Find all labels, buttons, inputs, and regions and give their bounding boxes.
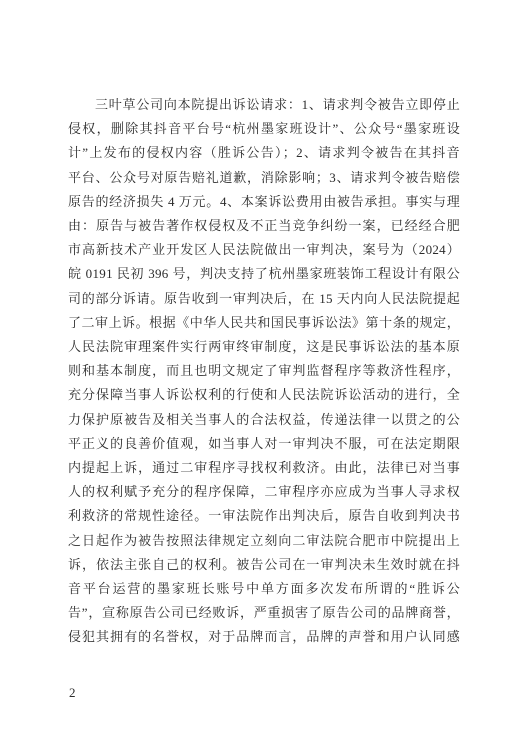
text-line: 侵权，删除其抖音平台号“杭州墨家班设计”、公众号“墨家班设 [68, 117, 460, 141]
text-line: 内提起上诉，通过二审程序寻找权利救济。由此，法律已对当事 [68, 456, 460, 480]
text-line: 三叶草公司向本院提出诉讼请求：1、请求判令被告立即停止 [68, 93, 460, 117]
text-line: 利救济的常规性途径。一审法院作出判决后，原告自收到判决书 [68, 504, 460, 528]
text-line: 平正义的良善价值观，如当事人对一审判决不服，可在法定期限 [68, 432, 460, 456]
text-line: 音平台运营的墨家班长账号中单方面多次发布所谓的“胜诉公 [68, 577, 460, 601]
body-text: 三叶草公司向本院提出诉讼请求：1、请求判令被告立即停止 侵权，删除其抖音平台号“… [68, 93, 460, 650]
page-number: 2 [69, 684, 76, 702]
document-page: 三叶草公司向本院提出诉讼请求：1、请求判令被告立即停止 侵权，删除其抖音平台号“… [0, 0, 527, 747]
text-line: 人民法院审理案件实行两审终审制度，这是民事诉讼法的基本原 [68, 335, 460, 359]
text-line: 了二审上诉。根据《中华人民共和国民事诉讼法》第十条的规定， [68, 311, 460, 335]
text-line: 市高新技术产业开发区人民法院做出一审判决，案号为（2024） [68, 238, 460, 262]
text-line: 则和基本制度，而且也明文规定了审判监督程序等救济性程序， [68, 359, 460, 383]
text-line: 诉，依法主张自己的权利。被告公司在一审判决未生效时就在抖 [68, 553, 460, 577]
text-line: 力保护原被告及相关当事人的合法权益，传递法律一以贯之的公 [68, 408, 460, 432]
text-line: 告”，宣称原告公司已经败诉，严重损害了原告公司的品牌商誉， [68, 601, 460, 625]
text-line: 原告的经济损失 4 万元。4、本案诉讼费用由被告承担。事实与理 [68, 190, 460, 214]
text-line: 平台、公众号对原告赔礼道歉，消除影响；3、请求判令被告赔偿 [68, 166, 460, 190]
text-line: 计”上发布的侵权内容（胜诉公告）；2、请求判令被告在其抖音 [68, 141, 460, 165]
text-line: 由：原告与被告著作权侵权及不正当竞争纠纷一案，已经经合肥 [68, 214, 460, 238]
text-line: 人的权利赋予充分的程序保障，二审程序亦应成为当事人寻求权 [68, 480, 460, 504]
text-line: 皖 0191 民初 396 号，判决支持了杭州墨家班装饰工程设计有限公 [68, 262, 460, 286]
text-line: 之日起作为被告按照法律规定立刻向二审法院合肥市中院提出上 [68, 529, 460, 553]
text-line: 司的部分诉请。原告收到一审判决后，在 15 天内向人民法院提起 [68, 287, 460, 311]
text-line: 充分保障当事人诉讼权利的行使和人民法院诉讼活动的进行，全 [68, 383, 460, 407]
text-line: 侵犯其拥有的名誉权，对于品牌而言，品牌的声誉和用户认同感 [68, 625, 460, 649]
